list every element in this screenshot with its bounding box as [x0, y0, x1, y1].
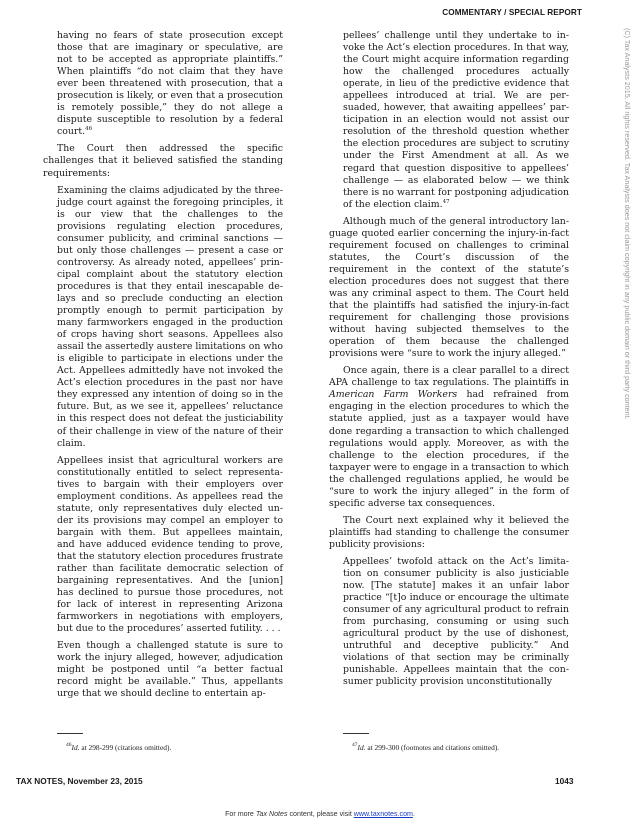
taxnotes-link[interactable]: www.taxnotes.com [354, 810, 413, 818]
footnote-ref[interactable]: 47 [443, 199, 450, 205]
block-quote: Examining the claims adjudicated by the … [57, 185, 283, 450]
publication-info: TAX NOTES, November 23, 2015 [16, 776, 143, 786]
block-quote: Appellees’ twofold attack on the Act’s l… [343, 556, 569, 689]
footnote-47: 47Id. at 299-300 (footnotes and citation… [352, 743, 499, 752]
block-quote: Even though a challenged statute is sure… [57, 640, 283, 700]
footnote-divider [57, 733, 83, 734]
paragraph: having no fears of state prosecution exc… [57, 30, 283, 138]
block-quote: Appellees insist that agricultural worke… [57, 455, 283, 636]
block-quote: pellees’ challenge until they undertake … [343, 30, 569, 211]
paragraph: Although much of the general introductor… [329, 216, 569, 361]
footnote-46: 46Id. at 298-299 (citations omitted). [66, 743, 171, 752]
footer-note: For more Tax Notes content, please visit… [0, 810, 640, 818]
page-number: 1043 [555, 776, 573, 786]
copyright-notice: (C) Tax Analysts 2015. All rights reserv… [623, 28, 632, 420]
left-column: having no fears of state prosecution exc… [57, 30, 283, 706]
paragraph: Once again, there is a clear parallel to… [329, 365, 569, 510]
right-column: pellees’ challenge until they undertake … [343, 30, 569, 693]
section-header: COMMENTARY / SPECIAL REPORT [0, 8, 582, 17]
footnote-ref[interactable]: 46 [85, 126, 92, 132]
footnote-divider [343, 733, 369, 734]
case-name: American Farm Workers [329, 389, 457, 400]
paragraph: The Court then addressed the specific ch… [43, 143, 283, 179]
paragraph: The Court next explained why it believed… [329, 515, 569, 551]
